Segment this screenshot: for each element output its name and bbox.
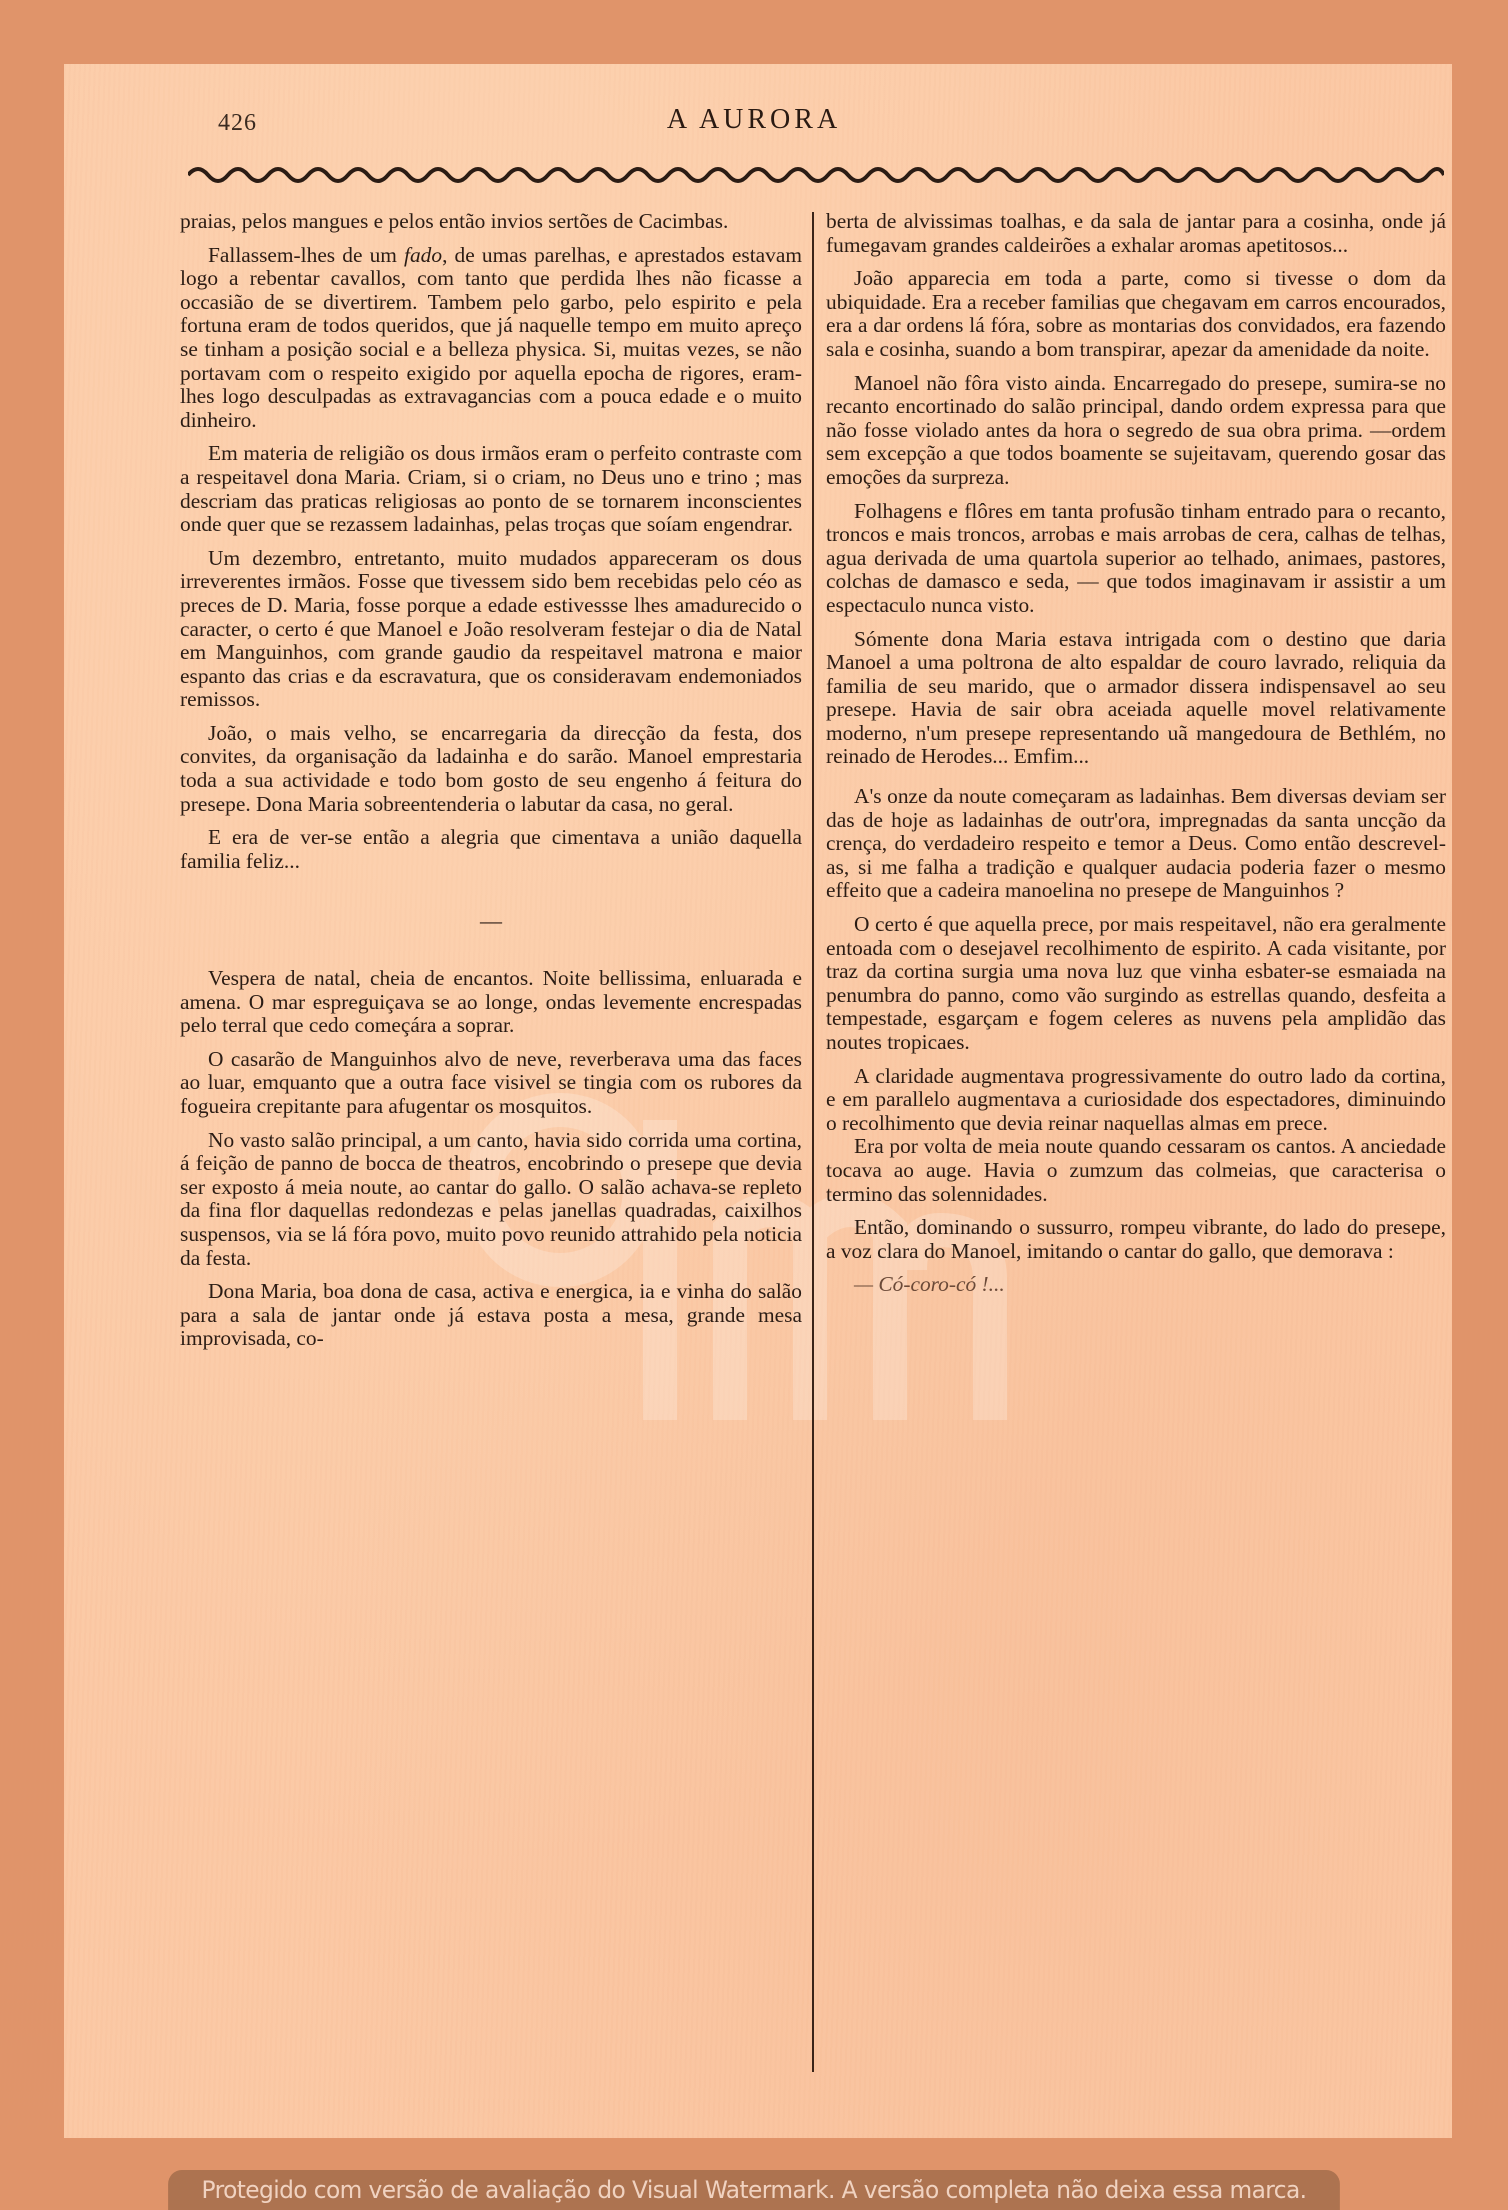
wavy-ornament-rule xyxy=(188,160,1444,190)
italic-word: fado xyxy=(404,243,442,267)
paragraph: No vasto salão principal, a um canto, ha… xyxy=(180,1129,802,1271)
left-article-column: praias, pelos mangues e pelos então invi… xyxy=(180,210,802,1361)
paragraph: Vespera de natal, cheia de encantos. Noi… xyxy=(180,967,802,1038)
evaluation-watermark-banner: Protegido com versão de avaliação do Vis… xyxy=(168,2170,1340,2210)
paragraph: berta de alvissimas toalhas, e da sala d… xyxy=(826,210,1446,257)
paragraph: E era de ver-se então a alegria que cime… xyxy=(180,826,802,873)
paragraph: Sómente dona Maria estava intrigada com … xyxy=(826,628,1446,770)
section-separator: — xyxy=(180,909,802,933)
column-divider xyxy=(812,212,814,2072)
paragraph: João apparecia em toda a parte, como si … xyxy=(826,267,1446,361)
paragraph: Era por volta de meia noute quando cessa… xyxy=(826,1135,1446,1206)
paragraph: Folhagens e flôres em tanta profusão tin… xyxy=(826,500,1446,618)
paragraph: Manoel não fôra visto ainda. Encarregado… xyxy=(826,372,1446,490)
right-article-column: berta de alvissimas toalhas, e da sala d… xyxy=(826,210,1446,1307)
paragraph: Fallassem-lhes de um fado, de umas parel… xyxy=(180,244,802,433)
paragraph: A claridade augmentava progressivamente … xyxy=(826,1065,1446,1136)
paragraph: João, o mais velho, se encarregaria da d… xyxy=(180,722,802,816)
journal-title: A AURORA xyxy=(0,104,1508,136)
paragraph: O certo é que aquella prece, por mais re… xyxy=(826,913,1446,1055)
paragraph: Dona Maria, boa dona de casa, activa e e… xyxy=(180,1280,802,1351)
paragraph: O casarão de Manguinhos alvo de neve, re… xyxy=(180,1048,802,1119)
paragraph: Então, dominando o sussurro, rompeu vibr… xyxy=(826,1216,1446,1263)
closing-exclamation: — Có-coro-có !... xyxy=(826,1273,1446,1297)
paragraph: Um dezembro, entretanto, muito mudados a… xyxy=(180,547,802,712)
paragraph: A's onze da noute começaram as ladainhas… xyxy=(826,785,1446,903)
paragraph: Em materia de religião os dous irmãos er… xyxy=(180,442,802,536)
paragraph: praias, pelos mangues e pelos então invi… xyxy=(180,210,802,234)
